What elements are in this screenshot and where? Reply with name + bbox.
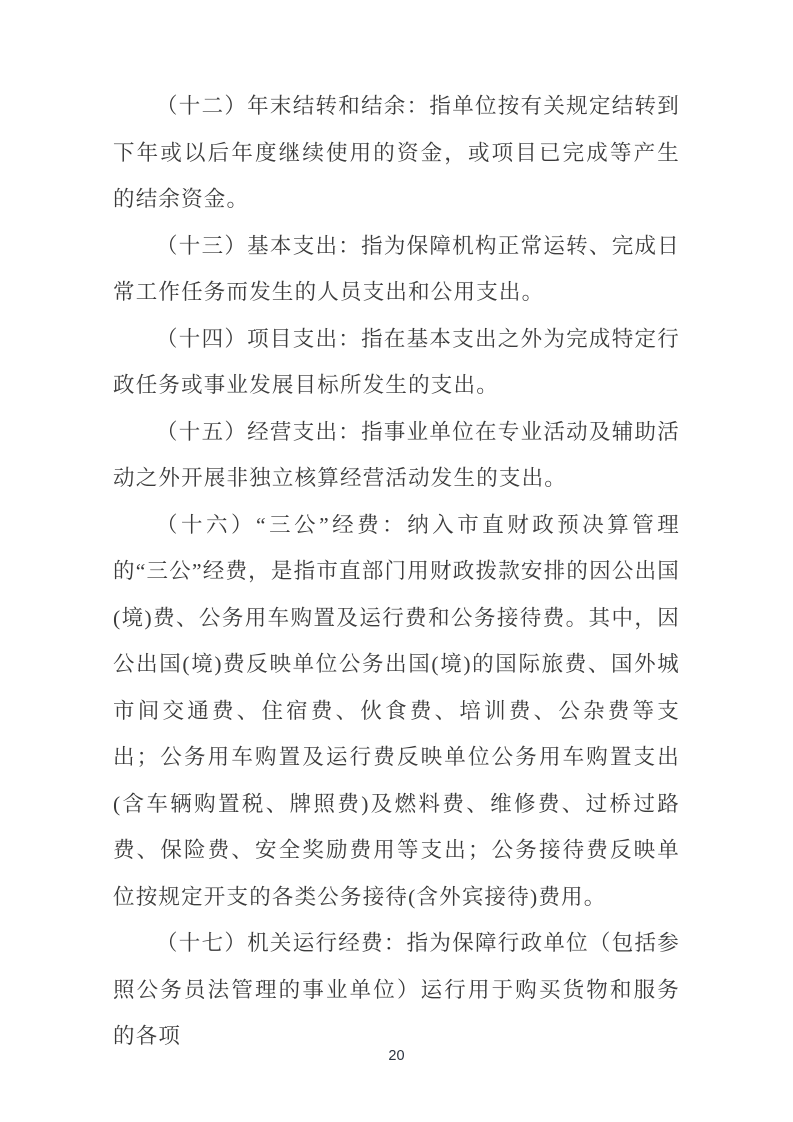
page-number: 20 (0, 1048, 793, 1064)
paragraph-item-15: （十五）经营支出：指事业单位在专业活动及辅助活动之外开展非独立核算经营活动发生的… (113, 409, 680, 502)
paragraph-item-16: （十六）“三公”经费：纳入市直财政预决算管理的“三公”经费，是指市直部门用财政拨… (113, 502, 680, 921)
paragraph-item-13: （十三）基本支出：指为保障机构正常运转、完成日常工作任务而发生的人员支出和公用支… (113, 223, 680, 316)
paragraph-item-17: （十七）机关运行经费：指为保障行政单位（包括参照公务员法管理的事业单位）运行用于… (113, 920, 680, 1060)
paragraph-item-12: （十二）年末结转和结余：指单位按有关规定结转到下年或以后年度继续使用的资金，或项… (113, 83, 680, 223)
document-body: （十二）年末结转和结余：指单位按有关规定结转到下年或以后年度继续使用的资金，或项… (113, 83, 680, 1060)
document-page: （十二）年末结转和结余：指单位按有关规定结转到下年或以后年度继续使用的资金，或项… (0, 0, 793, 1122)
paragraph-item-14: （十四）项目支出：指在基本支出之外为完成特定行政任务或事业发展目标所发生的支出。 (113, 316, 680, 409)
